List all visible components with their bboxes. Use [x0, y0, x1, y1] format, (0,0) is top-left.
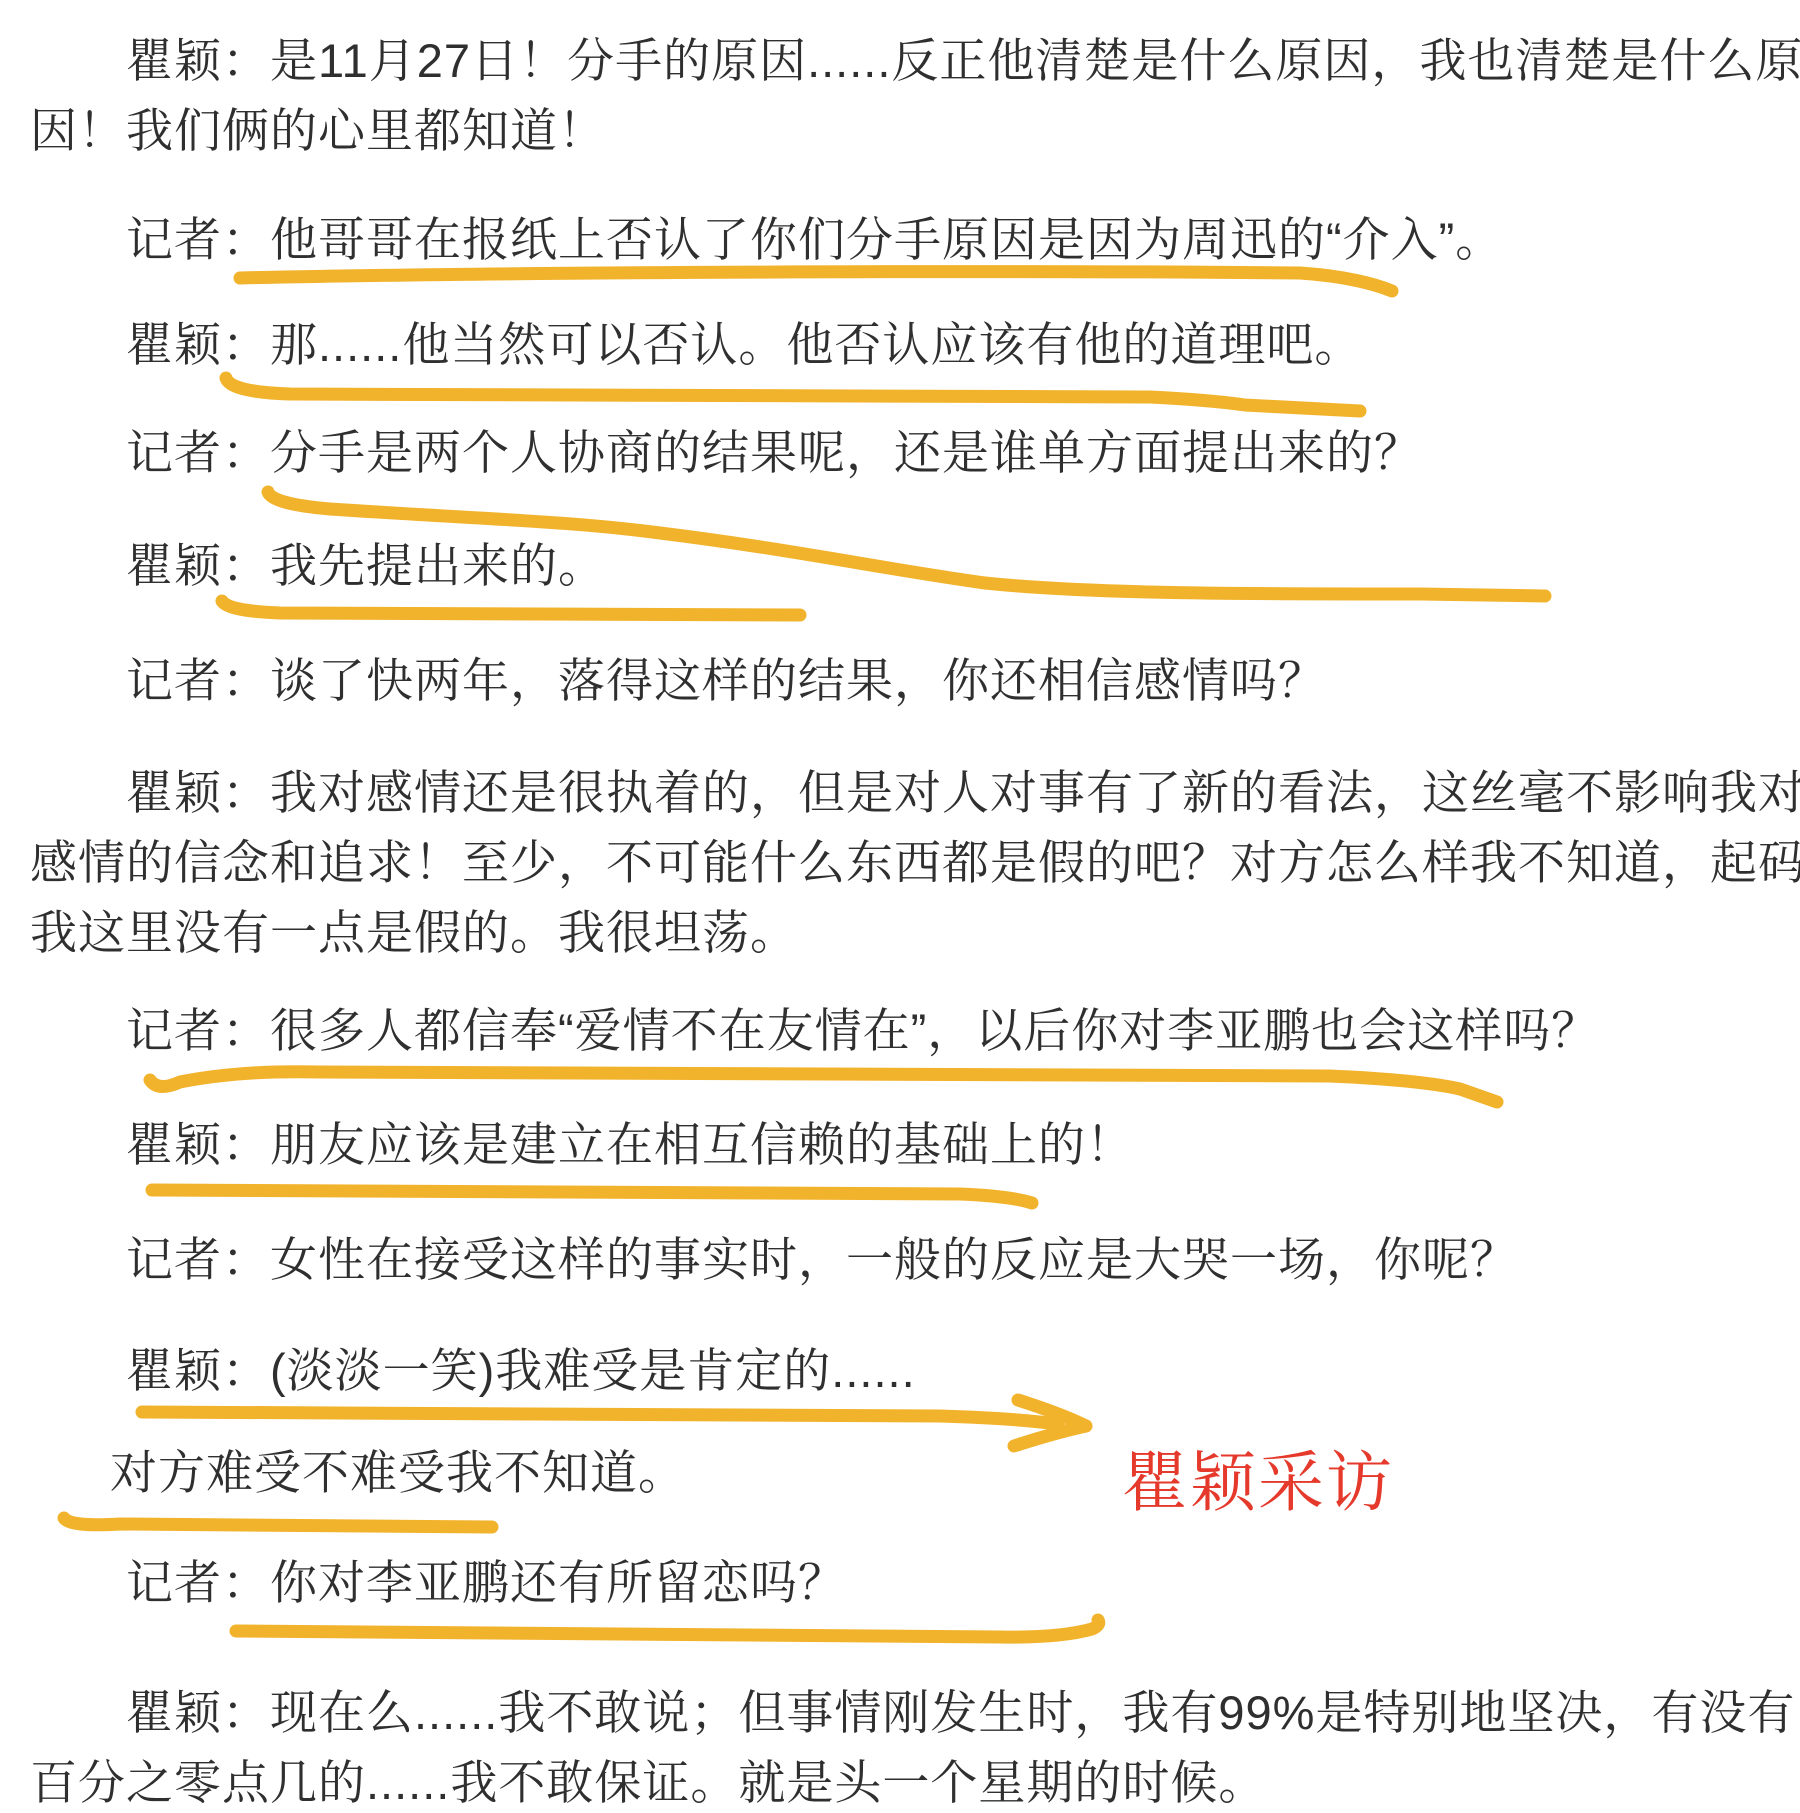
dialogue-line: 瞿颖：那......他当然可以否认。他否认应该有他的道理吧。 — [126, 321, 1362, 368]
dialogue-line: 记者：谈了快两年，落得这样的结果，你还相信感情吗？ — [126, 657, 1326, 704]
dialogue-line: 瞿颖：是11月27日！分手的原因......反正他清楚是什么原因，我也清楚是什么… — [126, 37, 1800, 84]
underline-7-arrowhead — [1014, 1400, 1086, 1446]
dialogue-line: 记者：女性在接受这样的事实时，一般的反应是大哭一场，你呢？ — [126, 1236, 1518, 1283]
dialogue-line: 我这里没有一点是假的。我很坦荡。 — [30, 909, 798, 956]
dialogue-line: 瞿颖：我先提出来的。 — [126, 542, 606, 589]
interview-transcript-page: 瞿颖：是11月27日！分手的原因......反正他清楚是什么原因，我也清楚是什么… — [0, 0, 1800, 1813]
dialogue-line: 瞿颖：(淡淡一笑)我难受是肯定的...... — [126, 1347, 916, 1394]
dialogue-line: 记者：很多人都信奉“爱情不在友情在”，以后你对李亚鹏也会这样吗？ — [126, 1007, 1599, 1054]
underline-5 — [150, 1072, 1497, 1102]
red-annotation-label: 瞿颖采访 — [1122, 1449, 1394, 1515]
underline-8 — [64, 1518, 492, 1527]
dialogue-line: 记者：分手是两个人协商的结果呢，还是谁单方面提出来的？ — [126, 429, 1422, 476]
underline-6 — [152, 1190, 1032, 1203]
underline-2 — [226, 378, 1360, 411]
dialogue-line: 因！我们俩的心里都知道！ — [30, 107, 606, 154]
dialogue-line: 记者：你对李亚鹏还有所留恋吗？ — [126, 1559, 846, 1606]
underline-4 — [222, 601, 800, 615]
dialogue-line: 百分之零点几的......我不敢保证。就是头一个星期的时候。 — [30, 1759, 1266, 1806]
dialogue-line: 感情的信念和追求！至少，不可能什么东西都是假的吧？对方怎么样我不知道，起码 — [30, 839, 1800, 886]
underline-9 — [236, 1620, 1099, 1637]
dialogue-line: 瞿颖：我对感情还是很执着的，但是对人对事有了新的看法，这丝毫不影响我对 — [126, 769, 1800, 816]
underline-7 — [142, 1412, 1058, 1424]
dialogue-line: 瞿颖：现在么......我不敢说；但事情刚发生时，我有99%是特别地坚决，有没有 — [126, 1689, 1795, 1736]
dialogue-line: 瞿颖：朋友应该是建立在相互信赖的基础上的！ — [126, 1121, 1134, 1168]
underline-1 — [240, 272, 1392, 291]
dialogue-line: 对方难受不难受我不知道。 — [110, 1449, 686, 1496]
dialogue-line: 记者：他哥哥在报纸上否认了你们分手原因是因为周迅的“介入”。 — [126, 216, 1503, 263]
